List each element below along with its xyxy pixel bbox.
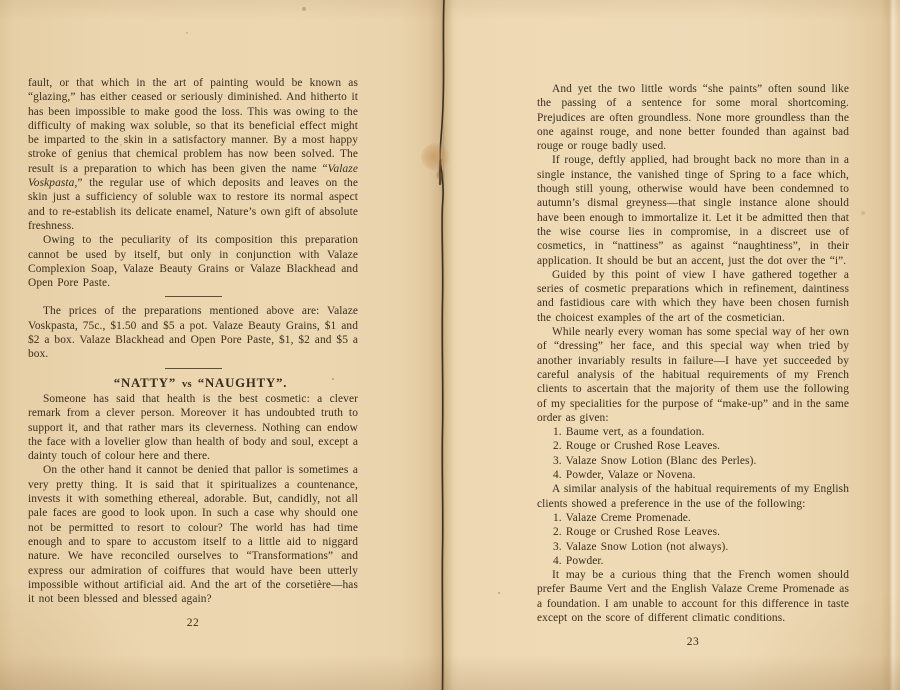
paragraph-curious: It may be a curious thing that the Frenc… <box>537 568 849 625</box>
list-item: 1. Baume vert, as a foundation. <box>553 425 849 439</box>
list-item: 4. Powder, Valaze or Novena. <box>553 468 849 482</box>
list-item: 4. Powder. <box>553 554 849 568</box>
book-scan: fault, or that which in the art of paint… <box>0 0 900 690</box>
list-item: 2. Rouge or Crushed Rose Leaves. <box>553 439 849 453</box>
paragraph-prices: The prices of the preparations mentioned… <box>28 304 358 361</box>
paper-stain <box>421 143 451 171</box>
paragraph-cosmetic: Someone has said that health is the best… <box>28 392 358 463</box>
page-number-left: 22 <box>28 616 358 630</box>
opening-text-before: fault, or that which in the art of paint… <box>28 77 358 175</box>
paragraph-similar: A similar analysis of the habitual requi… <box>537 482 849 511</box>
paragraph-while: While nearly every woman has some specia… <box>537 325 849 425</box>
opening-text-after: ” the regular use of which deposits and … <box>28 177 358 232</box>
french-preparations-list: 1. Baume vert, as a foundation. 2. Rouge… <box>537 425 849 482</box>
english-preparations-list: 1. Valaze Creme Promenade. 2. Rouge or C… <box>537 511 849 568</box>
heading-natty: “NATTY” <box>114 376 176 390</box>
left-text-column: fault, or that which in the art of paint… <box>28 76 358 631</box>
paragraph-opening: fault, or that which in the art of paint… <box>28 76 358 233</box>
heading-vs: vs <box>182 379 192 390</box>
section-divider <box>165 296 222 297</box>
paper-specks <box>0 0 2 2</box>
page-number-right: 23 <box>537 635 849 649</box>
right-text-column: And yet the two little words “she paints… <box>537 82 849 650</box>
paragraph-conjunction: Owing to the peculiarity of its composit… <box>28 233 358 290</box>
heading-naughty: “NAUGHTY”. <box>198 376 287 390</box>
gutter-crack <box>430 0 456 690</box>
section-heading: “NATTY” vs “NAUGHTY”. <box>28 376 358 392</box>
paragraph-she-paints: And yet the two little words “she paints… <box>537 82 849 153</box>
list-item: 3. Valaze Snow Lotion (Blanc des Perles)… <box>553 454 849 468</box>
list-item: 1. Valaze Creme Promenade. <box>553 511 849 525</box>
section-divider <box>165 368 222 369</box>
paragraph-pallor: On the other hand it cannot be denied th… <box>28 463 358 606</box>
paragraph-guided: Guided by this point of view I have gath… <box>537 268 849 325</box>
paragraph-rouge: If rouge, deftly applied, had brought ba… <box>537 153 849 267</box>
list-item: 3. Valaze Snow Lotion (not always). <box>553 540 849 554</box>
gutter-crack-line <box>440 0 444 690</box>
list-item: 2. Rouge or Crushed Rose Leaves. <box>553 525 849 539</box>
paper-stain-small <box>436 168 445 182</box>
